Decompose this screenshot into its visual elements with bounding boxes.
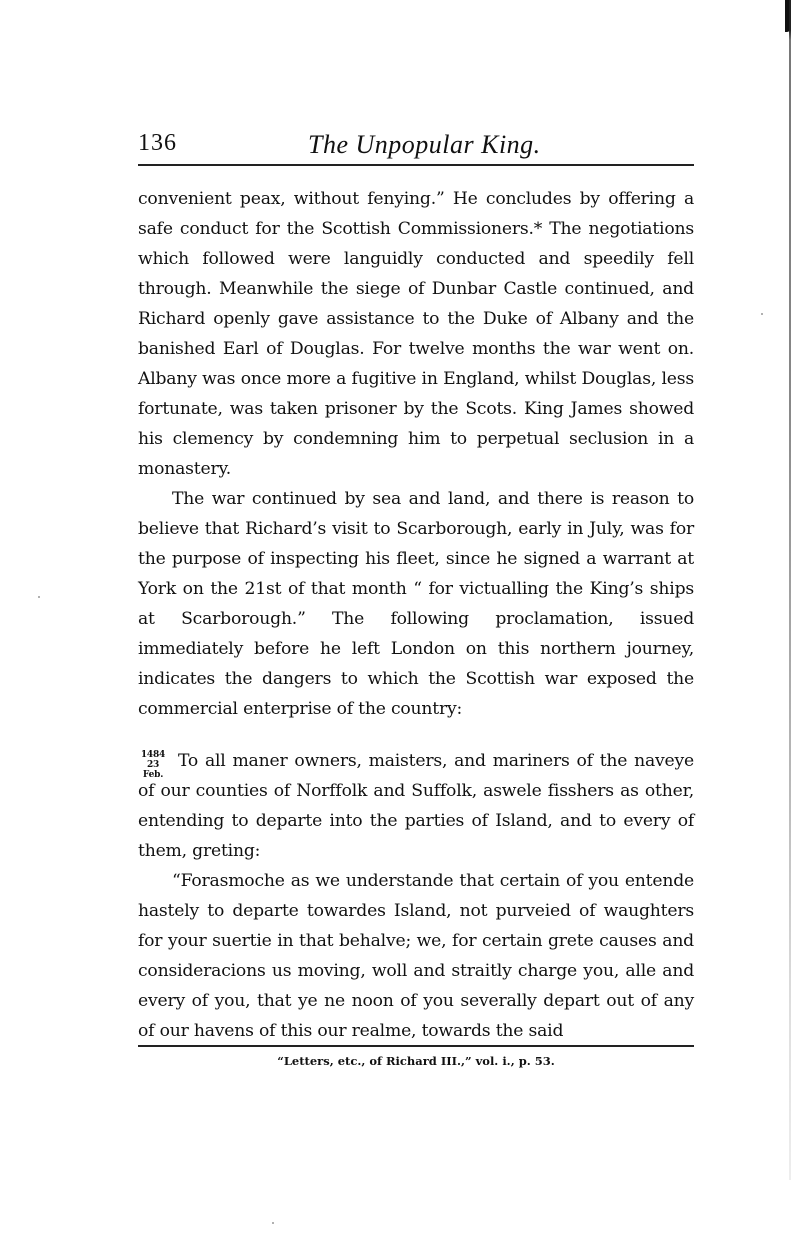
- page-number: 136: [138, 130, 177, 157]
- proclamation-text: “Forasmoche as we understande that certa…: [138, 866, 694, 1046]
- page-edge: [789, 0, 791, 1180]
- proclamation-address: To all maner owners, maisters, and marin…: [138, 746, 694, 866]
- scan-speck: [761, 313, 763, 315]
- paragraph: The war continued by sea and land, and t…: [138, 484, 694, 724]
- margin-note-year: 1484: [138, 750, 168, 760]
- footnote: “Letters, etc., of Richard III.,” vol. i…: [138, 1053, 694, 1069]
- running-title: The Unpopular King.: [308, 130, 541, 160]
- margin-note-day: 23 Feb.: [138, 760, 168, 780]
- footnote-rule: [138, 1045, 694, 1047]
- scan-speck: [272, 1222, 274, 1224]
- header-rule: [138, 164, 694, 166]
- margin-note-date: 1484 23 Feb.: [138, 750, 168, 780]
- paragraph: convenient peax, without fenying.” He co…: [138, 184, 694, 484]
- proclamation-quote: 1484 23 Feb. To all maner owners, maiste…: [138, 746, 694, 1046]
- body-text: convenient peax, without fenying.” He co…: [138, 184, 694, 1046]
- scan-speck: [38, 596, 40, 598]
- running-header: 136 The Unpopular King.: [138, 128, 694, 168]
